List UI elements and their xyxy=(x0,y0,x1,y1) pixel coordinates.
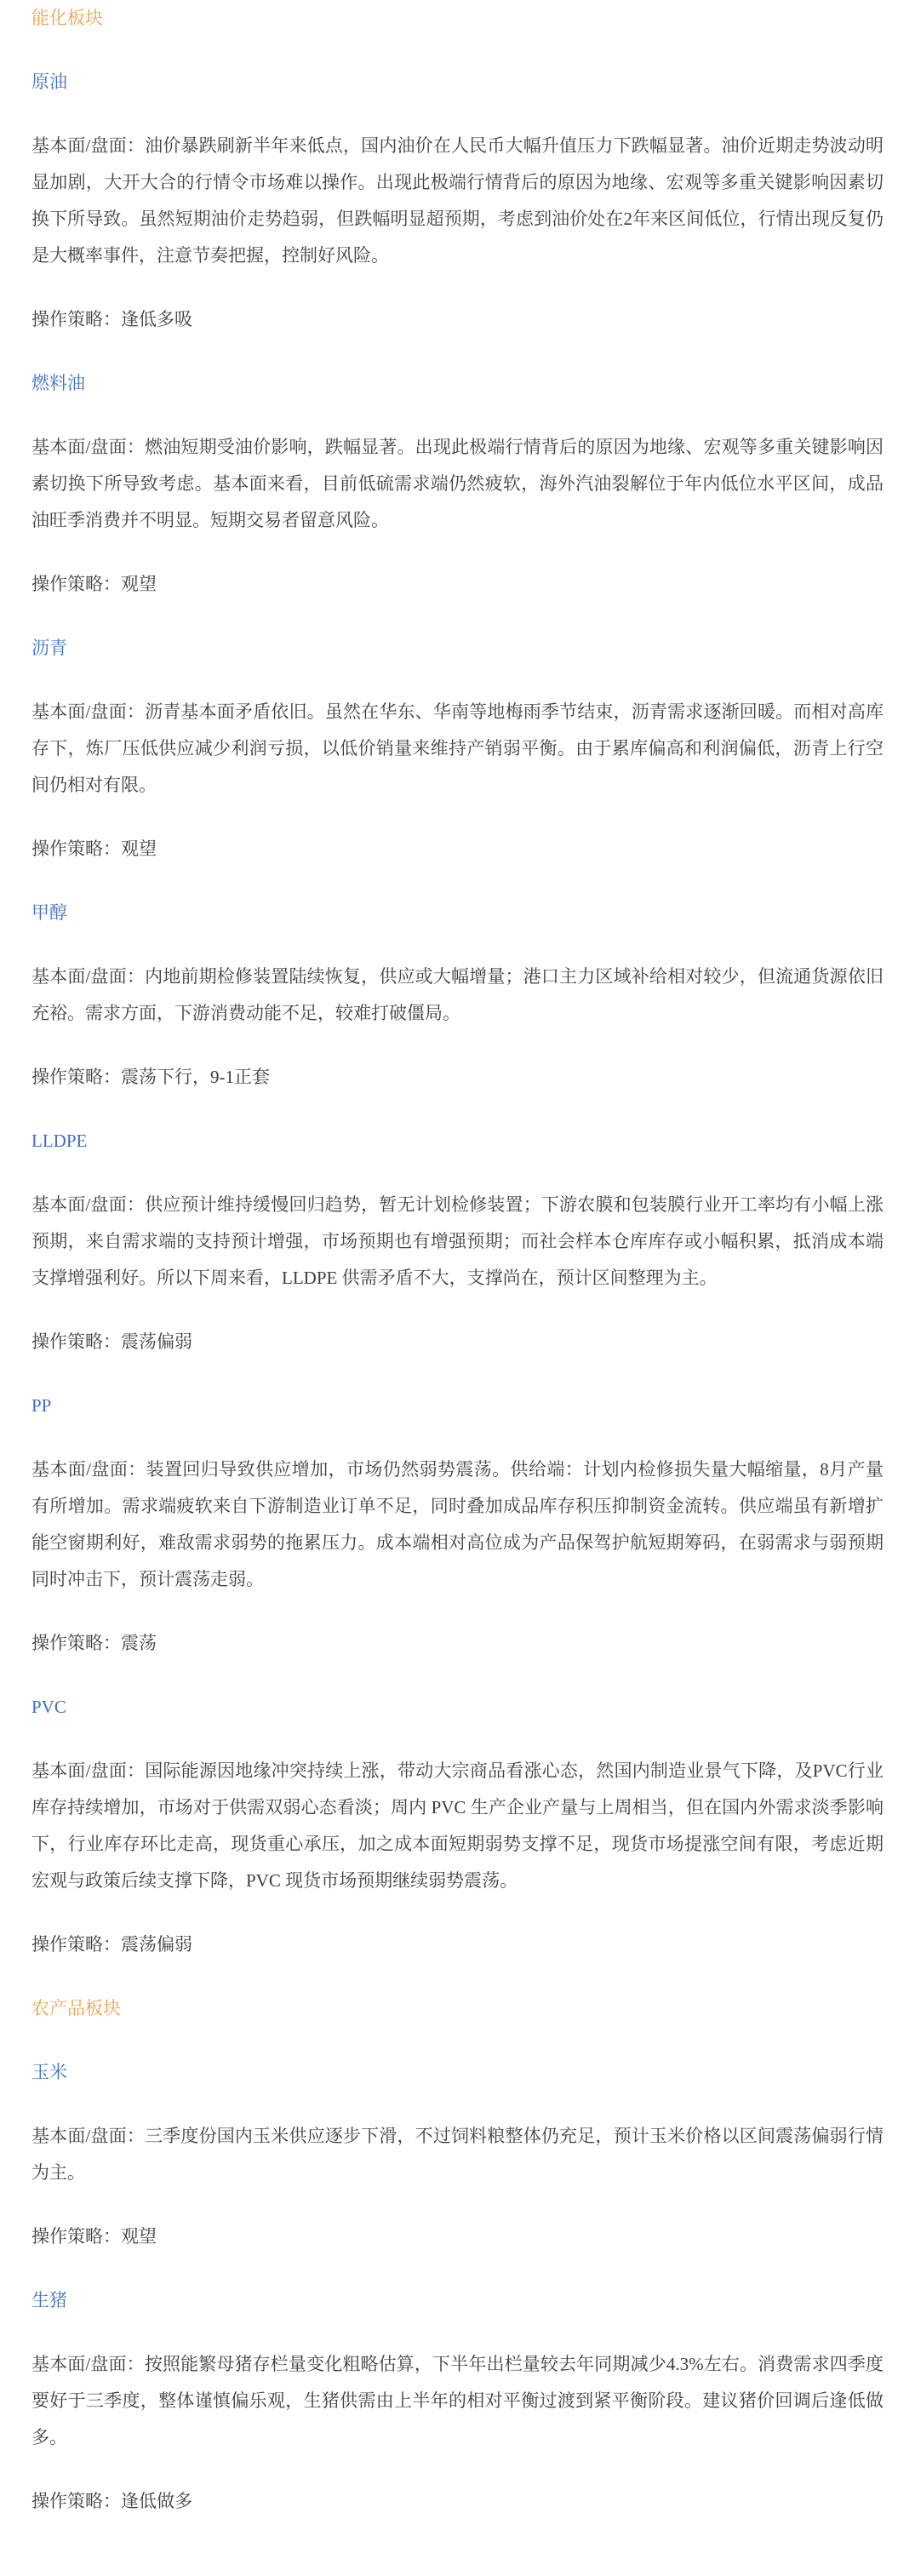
analysis-label: 基本面/盘面： xyxy=(31,2126,145,2146)
section-title-agricultural: 农产品板块 xyxy=(31,1990,884,2027)
analysis-text: 装置回归导致供应增加，市场仍然弱势震荡。供给端：计划内检修损失量大幅缩量，8月产… xyxy=(31,1459,884,1589)
analysis-text: 按照能繁母猪存栏量变化粗略估算，下半年出栏量较去年同期减少4.3%左右。消费需求… xyxy=(31,2354,884,2447)
analysis-text: 三季度份国内玉米供应逐步下滑，不过饲料粮整体仍充足，预计玉米价格以区间震荡偏弱行… xyxy=(31,2126,884,2183)
strategy-label: 操作策略： xyxy=(31,309,121,329)
futures-strategy-report: 能化板块 原油 基本面/盘面：油价暴跌刷新半年来低点，国内油价在人民币大幅升值压… xyxy=(0,0,915,2557)
analysis-paragraph: 基本面/盘面：国际能源因地缘冲突持续上涨，带动大宗商品看涨心态，然国内制造业景气… xyxy=(31,1753,884,1899)
commodity-name-corn: 玉米 xyxy=(31,2054,884,2091)
analysis-label: 基本面/盘面： xyxy=(31,1459,146,1480)
strategy-label: 操作策略： xyxy=(31,1633,121,1653)
section-title-energy-chemical: 能化板块 xyxy=(31,0,884,37)
strategy-label: 操作策略： xyxy=(31,1934,121,1955)
strategy-label: 操作策略： xyxy=(31,574,121,594)
analysis-label: 基本面/盘面： xyxy=(31,437,145,457)
strategy-line: 操作策略：震荡下行，9-1正套 xyxy=(31,1059,884,1096)
analysis-label: 基本面/盘面： xyxy=(31,701,145,722)
commodity-name-methanol: 甲醇 xyxy=(31,895,884,931)
analysis-text: 供应预计维持缓慢回归趋势，暂无计划检修装置；下游农膜和包装膜行业开工率均有小幅上… xyxy=(31,1194,884,1288)
commodity-name-fuel-oil: 燃料油 xyxy=(31,365,884,402)
analysis-paragraph: 基本面/盘面：装置回归导致供应增加，市场仍然弱势震荡。供给端：计划内检修损失量大… xyxy=(31,1451,884,1598)
strategy-line: 操作策略：观望 xyxy=(31,2218,884,2255)
strategy-line: 操作策略：观望 xyxy=(31,831,884,867)
commodity-name-crude-oil: 原油 xyxy=(31,64,884,100)
analysis-label: 基本面/盘面： xyxy=(31,1194,145,1215)
analysis-paragraph: 基本面/盘面：沥青基本面矛盾依旧。虽然在华东、华南等地梅雨季节结束，沥青需求逐渐… xyxy=(31,694,884,804)
strategy-label: 操作策略： xyxy=(31,1067,121,1087)
strategy-label: 操作策略： xyxy=(31,839,121,859)
analysis-text: 国际能源因地缘冲突持续上涨，带动大宗商品看涨心态，然国内制造业景气下降，及PVC… xyxy=(31,1760,884,1891)
strategy-text: 逢低做多 xyxy=(121,2491,192,2511)
analysis-text: 油价暴跌刷新半年来低点，国内油价在人民币大幅升值压力下跌幅显著。油价近期走势波动… xyxy=(31,135,884,266)
strategy-line: 操作策略：逢低做多 xyxy=(31,2483,884,2520)
commodity-name-lldpe: LLDPE xyxy=(31,1123,884,1159)
analysis-label: 基本面/盘面： xyxy=(31,135,145,156)
strategy-line: 操作策略：震荡偏弱 xyxy=(31,1926,884,1963)
strategy-text: 观望 xyxy=(121,839,157,859)
analysis-paragraph: 基本面/盘面：三季度份国内玉米供应逐步下滑，不过饲料粮整体仍充足，预计玉米价格以… xyxy=(31,2118,884,2191)
commodity-name-pp: PP xyxy=(31,1388,884,1424)
analysis-text: 沥青基本面矛盾依旧。虽然在华东、华南等地梅雨季节结束，沥青需求逐渐回暖。而相对高… xyxy=(31,701,884,795)
strategy-label: 操作策略： xyxy=(31,1331,121,1352)
analysis-label: 基本面/盘面： xyxy=(31,1760,145,1781)
strategy-label: 操作策略： xyxy=(31,2491,121,2511)
commodity-name-asphalt: 沥青 xyxy=(31,630,884,667)
analysis-text: 燃油短期受油价影响，跌幅显著。出现此极端行情背后的原因为地缘、宏观等多重关键影响… xyxy=(31,437,884,530)
strategy-line: 操作策略：震荡偏弱 xyxy=(31,1324,884,1360)
analysis-text: 内地前期检修装置陆续恢复，供应或大幅增量；港口主力区域补给相对较少，但流通货源依… xyxy=(31,966,884,1023)
strategy-line: 操作策略：震荡 xyxy=(31,1625,884,1662)
analysis-paragraph: 基本面/盘面：内地前期检修装置陆续恢复，供应或大幅增量；港口主力区域补给相对较少… xyxy=(31,959,884,1032)
analysis-paragraph: 基本面/盘面：按照能繁母猪存栏量变化粗略估算，下半年出栏量较去年同期减少4.3%… xyxy=(31,2346,884,2456)
commodity-name-pvc: PVC xyxy=(31,1689,884,1726)
strategy-line: 操作策略：观望 xyxy=(31,566,884,603)
strategy-text: 震荡下行，9-1正套 xyxy=(121,1067,270,1087)
analysis-paragraph: 基本面/盘面：油价暴跌刷新半年来低点，国内油价在人民币大幅升值压力下跌幅显著。油… xyxy=(31,128,884,274)
strategy-text: 观望 xyxy=(121,2226,157,2247)
commodity-name-live-hog: 生猪 xyxy=(31,2282,884,2319)
analysis-paragraph: 基本面/盘面：供应预计维持缓慢回归趋势，暂无计划检修装置；下游农膜和包装膜行业开… xyxy=(31,1187,884,1297)
strategy-line: 操作策略：逢低多吸 xyxy=(31,301,884,338)
strategy-text: 震荡 xyxy=(121,1633,157,1653)
analysis-paragraph: 基本面/盘面：燃油短期受油价影响，跌幅显著。出现此极端行情背后的原因为地缘、宏观… xyxy=(31,429,884,539)
analysis-label: 基本面/盘面： xyxy=(31,2354,145,2374)
strategy-text: 逢低多吸 xyxy=(121,309,192,329)
analysis-label: 基本面/盘面： xyxy=(31,966,145,987)
strategy-text: 观望 xyxy=(121,574,157,594)
strategy-label: 操作策略： xyxy=(31,2226,121,2247)
strategy-text: 震荡偏弱 xyxy=(121,1934,192,1955)
strategy-text: 震荡偏弱 xyxy=(121,1331,192,1352)
